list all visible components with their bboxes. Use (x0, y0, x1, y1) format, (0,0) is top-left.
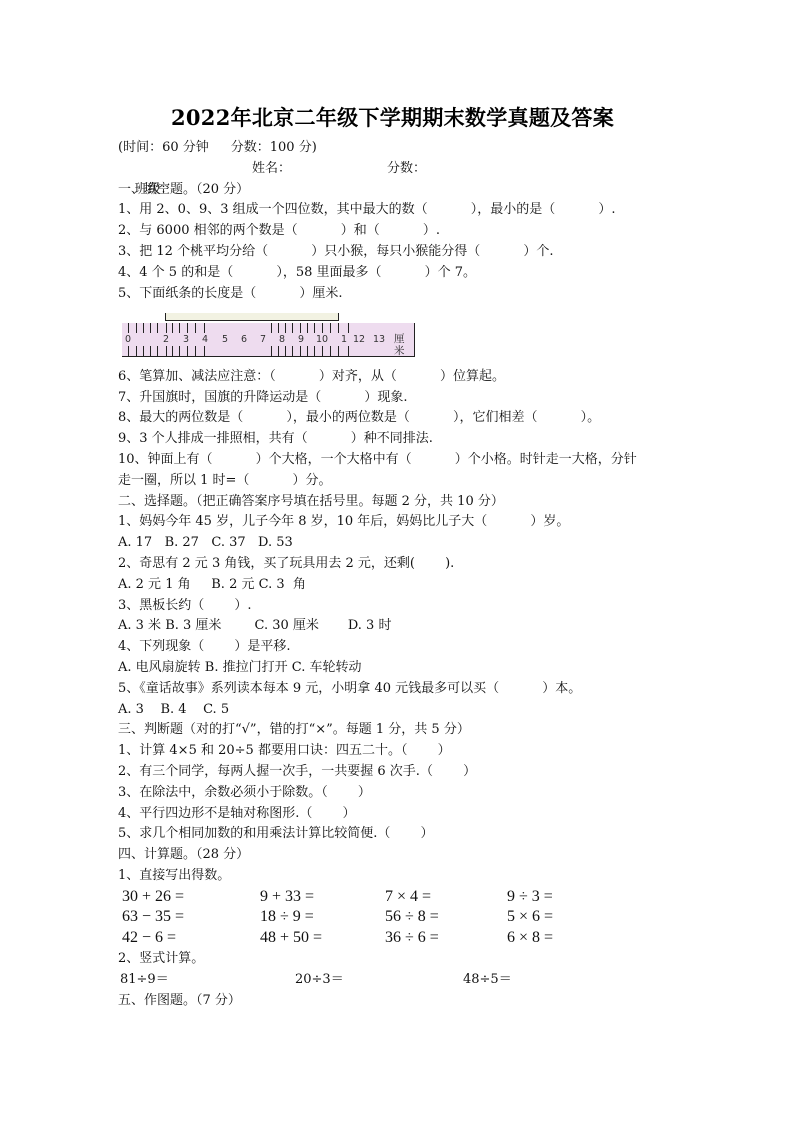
question: 7、升国旗时，国旗的升降运动是（ ）现象. (118, 388, 698, 409)
calc-expression: 63 − 35 = (122, 907, 184, 928)
answer-options: A. 2 元 1 角 B. 2 元 C. 3 角 (118, 575, 698, 596)
ruler-tick (292, 323, 293, 333)
ruler-label: 2 (163, 334, 169, 345)
judgement-item: 4、平行四边形不是轴对称图形.（ ） (118, 804, 698, 825)
ruler-tick (136, 346, 137, 356)
ruler-tick (278, 346, 279, 356)
vertical-calc-expression: 81÷9＝ (120, 970, 169, 991)
ruler-tick (150, 346, 151, 356)
ruler-tick (348, 323, 349, 333)
ruler-label: 10 (316, 334, 328, 345)
question: 10、钟面上有（ ）个大格，一个大格中有（ ）个小格。时针走一大格，分针 (118, 450, 698, 471)
section-heading: 五、作图题。（7 分） (118, 991, 698, 1012)
ruler-tick (150, 323, 151, 333)
judgement-item: 5、求几个相同加数的和用乘法计算比较简便.（ ） (118, 824, 698, 845)
calc-expression: 42 − 6 = (122, 928, 176, 949)
judgement-item: 2、有三个同学，每两人握一次手，一共要握 6 次手.（ ） (118, 762, 698, 783)
question: 6、笔算加、减法应注意：（ ）对齐，从（ ）位算起。 (118, 367, 698, 388)
ruler-tick (187, 346, 188, 356)
subsection-label: 2、竖式计算。 (118, 949, 698, 970)
ruler-tick (285, 323, 286, 333)
ruler-label: 3 (183, 334, 189, 345)
ruler-tick (166, 323, 167, 333)
ruler-tick (172, 323, 173, 333)
question: 8、最大的两位数是（ ），最小的两位数是（ ），它们相差（ ）。 (118, 408, 698, 429)
subsection-label: 1、直接写出得数。 (118, 866, 698, 887)
ruler-tick (271, 346, 272, 356)
answer-options: A. 17 B. 27 C. 37 D. 53 (118, 533, 698, 554)
ruler-tick (143, 346, 144, 356)
section-heading: 三、判断题（对的打“√”，错的打“×”。每题 1 分，共 5 分） (118, 720, 698, 741)
ruler-tick (136, 323, 137, 333)
ruler-label: 4 (202, 334, 208, 345)
ruler: 0 2 3 4 5 6 7 8 9 10 1 12 13 厘米 (122, 323, 415, 357)
ruler-tick (285, 346, 286, 356)
ruler-tick (204, 323, 205, 333)
answer-options: A. 3 米 B. 3 厘米 C. 30 厘米 D. 3 时 (118, 616, 698, 637)
ruler-label: 12 (353, 334, 365, 345)
ruler-tick (128, 323, 129, 333)
ruler-tick (128, 346, 129, 356)
ruler-tick (157, 346, 158, 356)
question: 3、把 12 个桃平均分给（ ）只小猴，每只小猴能分得（ ）个. (118, 242, 698, 263)
ruler-tick (300, 346, 301, 356)
ruler-figure: 0 2 3 4 5 6 7 8 9 10 1 12 13 厘米 (118, 304, 698, 366)
ruler-tick (330, 323, 331, 333)
ruler-label: 6 (241, 334, 247, 345)
question: 1、用 2、0、9、3 组成一个四位数，其中最大的数（ ），最小的是（ ）. (118, 200, 698, 221)
paper-strip (165, 313, 339, 321)
ruler-tick (157, 323, 158, 333)
total-score: 分数：100 分) (231, 138, 317, 159)
ruler-tick (187, 323, 188, 333)
ruler-tick (338, 323, 339, 333)
question-continued: 走一圈，所以 1 时=（ ）分。 (118, 471, 698, 492)
ruler-label: 7 (260, 334, 266, 345)
ruler-tick (143, 323, 144, 333)
question: 5、《童话故事》系列读本每本 9 元，小明拿 40 元钱最多可以买（ ）本。 (118, 679, 698, 700)
ruler-unit: 厘米 (394, 333, 414, 357)
ruler-tick (179, 346, 180, 356)
vertical-calc-row: 81÷9＝ 20÷3＝ 48÷5＝ (118, 970, 698, 991)
question: 1、妈妈今年 45 岁，儿子今年 8 岁，10 年后，妈妈比儿子大（ ）岁。 (118, 512, 698, 533)
ruler-tick (322, 323, 323, 333)
judgement-item: 3、在除法中，余数必须小于除数。（ ） (118, 783, 698, 804)
ruler-tick (314, 346, 315, 356)
ruler-tick (330, 346, 331, 356)
calc-row: 42 − 6 = 48 + 50 = 36 ÷ 6 = 6 × 8 = (118, 928, 698, 949)
score-label: 分数： (387, 159, 426, 180)
question: 9、3 个人排成一排照相，共有（ ）种不同排法. (118, 429, 698, 450)
ruler-tick (348, 346, 349, 356)
ruler-label: 8 (279, 334, 285, 345)
calc-expression: 18 ÷ 9 = (260, 907, 314, 928)
ruler-tick (179, 323, 180, 333)
calc-expression: 9 ÷ 3 = (507, 887, 553, 908)
answer-options: A. 3 B. 4 C. 5 (118, 700, 698, 721)
time-limit: (时间：60 分钟 (118, 140, 209, 155)
question: 2、奇思有 2 元 3 角钱，买了玩具用去 2 元，还剩( ). (118, 554, 698, 575)
ruler-tick (271, 323, 272, 333)
question: 3、黑板长约（ ）. (118, 596, 698, 617)
calc-row: 63 − 35 = 18 ÷ 9 = 56 ÷ 8 = 5 × 6 = (118, 907, 698, 928)
judgement-item: 1、计算 4×5 和 20÷5 都要用口诀：四五二十。（ ） (118, 741, 698, 762)
calc-expression: 5 × 6 = (507, 907, 553, 928)
answer-options: A. 电风扇旋转 B. 推拉门打开 C. 车轮转动 (118, 658, 698, 679)
calc-row: 30 + 26 = 9 + 33 = 7 × 4 = 9 ÷ 3 = (118, 887, 698, 908)
ruler-label: 5 (222, 334, 228, 345)
section-heading: 二、选择题。（把正确答案序号填在括号里。每题 2 分，共 10 分） (118, 492, 698, 513)
ruler-tick (314, 323, 315, 333)
ruler-label: 1 (341, 334, 347, 345)
ruler-tick (307, 346, 308, 356)
ruler-tick (195, 323, 196, 333)
ruler-tick (322, 346, 323, 356)
ruler-label: 9 (298, 334, 304, 345)
ruler-tick (338, 346, 339, 356)
calc-expression: 48 + 50 = (260, 928, 322, 949)
ruler-tick (195, 346, 196, 356)
question: 5、下面纸条的长度是（ ）厘米. (118, 284, 698, 305)
student-info: 班级： 姓名： 分数： (118, 159, 698, 180)
calc-expression: 36 ÷ 6 = (385, 928, 439, 949)
ruler-tick (292, 346, 293, 356)
exam-meta: (时间：60 分钟分数：100 分) (118, 138, 698, 159)
calc-expression: 56 ÷ 8 = (385, 907, 439, 928)
calc-expression: 6 × 8 = (507, 928, 553, 949)
section-heading: 一、填空题。（20 分） (118, 180, 698, 201)
exam-content: (时间：60 分钟分数：100 分) 班级： 姓名： 分数： 一、填空题。（20… (118, 138, 698, 1011)
vertical-calc-expression: 48÷5＝ (463, 970, 512, 991)
ruler-tick (300, 323, 301, 333)
section-heading: 四、计算题。（28 分） (118, 845, 698, 866)
question: 4、4 个 5 的和是（ ），58 里面最多（ ）个 7。 (118, 263, 698, 284)
ruler-tick (172, 346, 173, 356)
calc-expression: 7 × 4 = (385, 887, 431, 908)
document-title: 2022年北京二年级下学期期末数学真题及答案 (0, 104, 785, 132)
vertical-calc-expression: 20÷3＝ (295, 970, 344, 991)
question: 2、与 6000 相邻的两个数是（ ）和（ ）. (118, 221, 698, 242)
ruler-tick (166, 346, 167, 356)
ruler-tick (204, 346, 205, 356)
ruler-label: 0 (125, 334, 131, 345)
name-label: 姓名： (252, 159, 291, 180)
ruler-tick (278, 323, 279, 333)
ruler-tick (307, 323, 308, 333)
question: 4、下列现象（ ）是平移. (118, 637, 698, 658)
ruler-label: 13 (373, 334, 385, 345)
calc-expression: 9 + 33 = (260, 887, 314, 908)
calc-expression: 30 + 26 = (122, 887, 184, 908)
